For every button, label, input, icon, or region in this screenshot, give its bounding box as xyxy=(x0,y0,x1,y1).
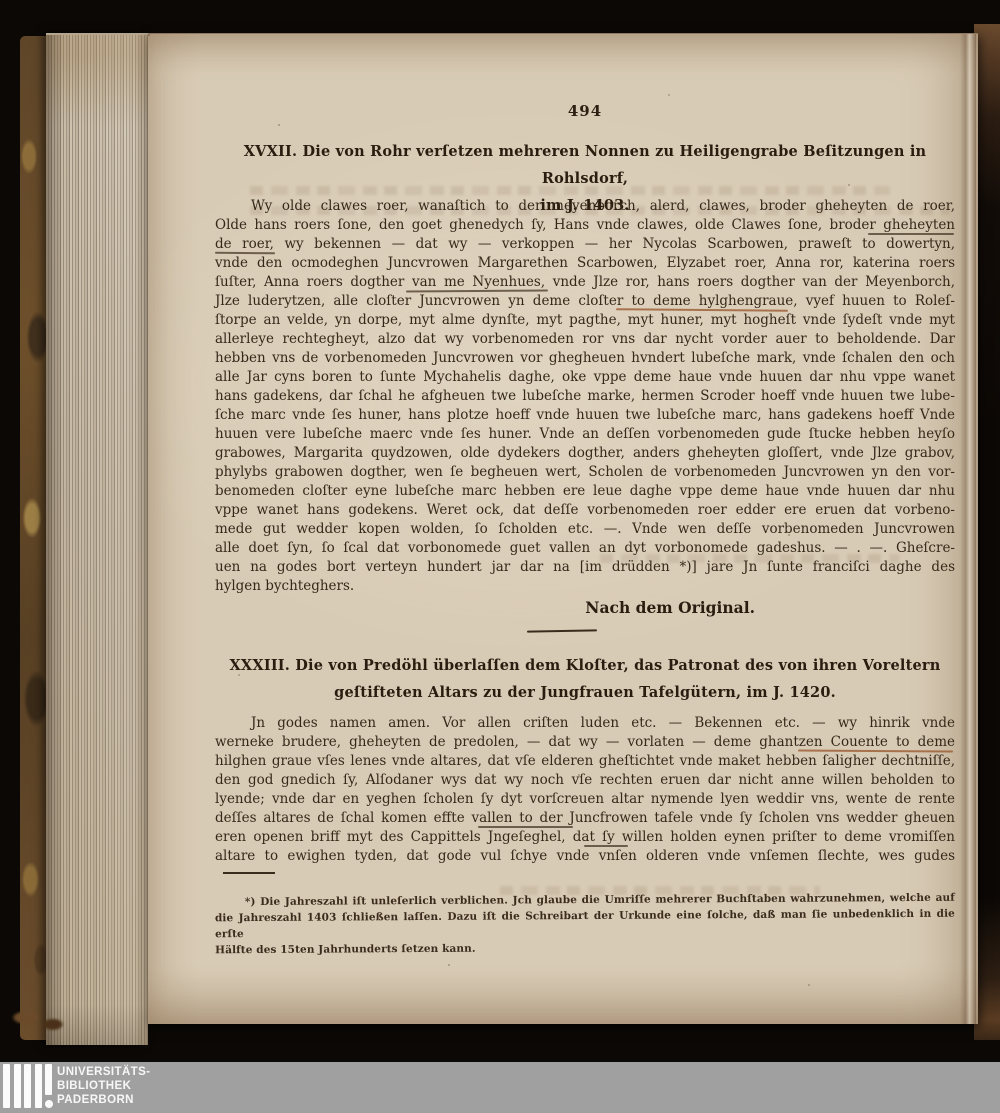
logo-bar xyxy=(3,1064,10,1108)
body-text-line: vnde den ocmodeghen Juncvrowen Margareth… xyxy=(215,254,955,273)
library-name-line: UNIVERSITÄTS- xyxy=(57,1065,150,1079)
logo-bar xyxy=(35,1064,42,1108)
page-gutter-fold xyxy=(960,34,976,1024)
body-text-line: hilghen graue vſes lenes vnde altares, d… xyxy=(215,752,955,771)
document-1-body: Wy olde clawes roer, wanaſtich to der me… xyxy=(215,197,955,596)
library-name: UNIVERSITÄTS- BIBLIOTHEK PADERBORN xyxy=(57,1065,150,1107)
logo-exclamation-bar xyxy=(45,1064,52,1095)
library-name-line: PADERBORN xyxy=(57,1093,150,1107)
book-cover-bottom-corner xyxy=(6,1004,84,1038)
footnote-line: Hälfte des 15ten Jahrhunderts ſetzen kan… xyxy=(215,938,955,959)
paper-specks xyxy=(148,34,150,36)
logo-exclamation-dot xyxy=(45,1100,53,1108)
body-text-line: de roer, wy bekennen — dat wy — verkoppe… xyxy=(215,235,955,254)
footnote: *) Die Jahreszahl iſt unleſerlich verbli… xyxy=(215,890,955,959)
document-2-heading: XXXIII. Die von Predöhl überlaſſen dem K… xyxy=(215,652,955,706)
section-divider-rule xyxy=(527,629,597,632)
body-text-line: ſtorpe an velde, yn dorpe, myt alme dynſ… xyxy=(215,311,955,330)
library-logo xyxy=(3,1064,55,1111)
body-text-line: hans gadekens, dar ſchal he afgheuen twe… xyxy=(215,387,955,406)
page-stack-fore-edge xyxy=(46,33,148,1045)
body-text-line: alle Jar cyns boren to ſunte Mychahelis … xyxy=(215,368,955,387)
document-2-body: Jn godes namen amen. Vor allen criſten l… xyxy=(215,714,955,866)
body-text-line: alle doet ſyn, ſo ſcal dat vorbonomede g… xyxy=(215,539,955,558)
body-text-line: Olde hans roers ſone, den goet ghenedych… xyxy=(215,216,955,235)
book-page: 494 XVXII. Die von Rohr verſetzen mehrer… xyxy=(148,33,978,1024)
library-name-line: BIBLIOTHEK xyxy=(57,1079,150,1093)
body-text-line: allerleye rechtegheyt, alzo dat wy vorbe… xyxy=(215,330,955,349)
body-text-line: phylybs grabowen dogther, wen ſe begheue… xyxy=(215,463,955,482)
body-text-line: hebben vns de vorbenomeden Juncvrowen vo… xyxy=(215,349,955,368)
heading-line: geſtifteten Altars zu der Jungfrauen Taf… xyxy=(215,679,955,706)
pencil-underline xyxy=(584,845,628,847)
body-text-line: hylgen bychteghers. xyxy=(215,577,955,596)
logo-bar xyxy=(24,1064,31,1108)
body-text-line: lyende; vnde dar en yeghen ſcholen ſy dy… xyxy=(215,790,955,809)
heading-line: XVXII. Die von Rohr verſetzen mehreren N… xyxy=(215,138,955,192)
footnote-line: die Jahreszahl 1403 ſchließen laſſen. Da… xyxy=(215,906,955,943)
body-text-line: Jlze luderytzen, alle cloſter Juncvrowen… xyxy=(215,292,955,311)
body-text-line: benomeden cloſter eyne lubeſche marc heb… xyxy=(215,482,955,501)
pencil-underline xyxy=(478,826,573,828)
body-text-line: Wy olde clawes roer, wanaſtich to der me… xyxy=(215,197,955,216)
heading-line: XXXIII. Die von Predöhl überlaſſen dem K… xyxy=(215,652,955,679)
body-text-line: ſche marc vnde ſes huner, hans plotze ho… xyxy=(215,406,955,425)
library-watermark-bar: UNIVERSITÄTS- BIBLIOTHEK PADERBORN xyxy=(0,1062,1000,1113)
body-text-line: mede gut wedder kopen wolden, ſo ſcholde… xyxy=(215,520,955,539)
body-text-line: altare to ewighen tyden, dat gode vul ſc… xyxy=(215,847,955,866)
pencil-underline xyxy=(868,233,954,235)
body-text-line: vppe wanet hans godekens. Weret ock, dat… xyxy=(215,501,955,520)
footnote-rule xyxy=(223,872,275,874)
body-text-line: deſſes altares de ſchal komen effte vall… xyxy=(215,809,955,828)
logo-bar xyxy=(14,1064,21,1108)
body-text-line: Jn godes namen amen. Vor allen criſten l… xyxy=(215,714,955,733)
scanned-book-screenshot: { "colors": { "background": "#0b0805", "… xyxy=(0,0,1000,1113)
body-text-line: grabowes, Margarita quydzowen, olde dyde… xyxy=(215,444,955,463)
page-number: 494 xyxy=(215,102,955,120)
body-text-line: ſuſter, Anna roers dogther van me Nyenhu… xyxy=(215,273,955,292)
body-text-line: uen na godes bort verteyn hundert jar da… xyxy=(215,558,955,577)
body-text-line: den god gnedich ſy, Alſodaner wys dat wy… xyxy=(215,771,955,790)
body-text-line: huuen vere lubeſche maerc vnde ſes huner… xyxy=(215,425,955,444)
source-attribution: Nach dem Original. xyxy=(215,598,955,617)
